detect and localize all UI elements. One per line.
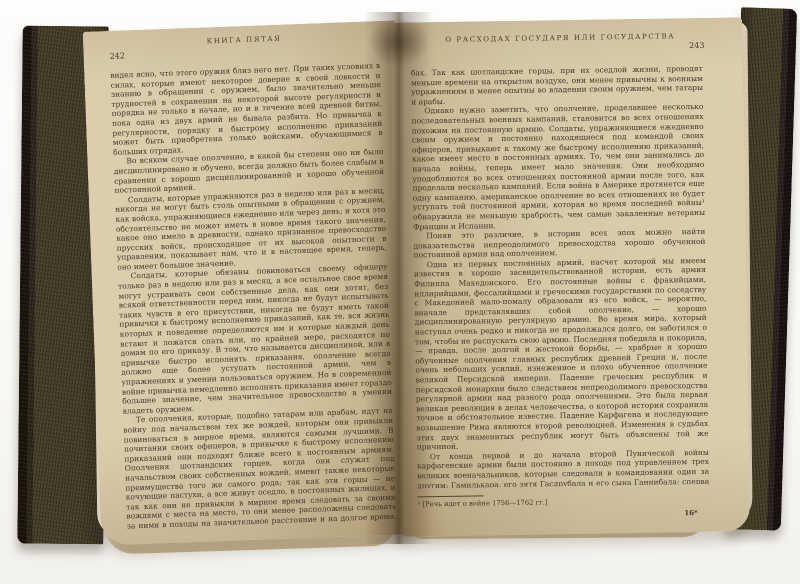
left-page-number: 242	[109, 51, 125, 61]
footnote-block: ¹ [Речь идет о войне 1756—1762 гг.]	[417, 492, 709, 509]
signature-mark: 16*	[684, 508, 698, 517]
paragraph: Поняв это различие, в истории всех эпох …	[413, 227, 705, 260]
left-page-text: видел ясно, что этого оружия близ него н…	[110, 61, 397, 533]
footnote-rule	[417, 495, 483, 497]
paragraph: Однако нужно заметить, что ополчение, пр…	[411, 102, 705, 231]
right-page-text: бах. Так как шотландские горцы, при их о…	[411, 64, 710, 489]
paragraph: Те ополчения, которые, подобно татарам и…	[123, 406, 397, 532]
paragraph: видел ясно, что этого оружия близ него н…	[110, 61, 383, 157]
paragraph: Солдаты, которые обязаны повиноваться св…	[118, 262, 393, 416]
left-page: КНИГА ПЯТАЯ 242 видел ясно, что этого ор…	[83, 20, 414, 545]
photo-background: КНИГА ПЯТАЯ 242 видел ясно, что этого ор…	[0, 0, 800, 584]
footnote-text: ¹ [Речь идет о войне 1756—1762 гг.]	[417, 498, 547, 508]
right-running-head: О РАСХОДАХ ГОСУДАРЯ ИЛИ ГОСУДАРСТВА	[410, 32, 710, 45]
paragraph: бах. Так как шотландские горцы, при их о…	[411, 64, 704, 107]
paragraph: Солдаты, которые упражняются раз в недел…	[115, 186, 388, 273]
left-running-head: КНИГА ПЯТАЯ	[109, 31, 379, 49]
paragraph: От конца первой и до начала второй Пунич…	[417, 448, 710, 489]
right-page-number: 243	[689, 41, 704, 50]
paragraph: Одна из первых постоянных армий, насчет …	[414, 256, 709, 452]
right-page: О РАСХОДАХ ГОСУДАРЯ ИЛИ ГОСУДАРСТВА 243 …	[390, 17, 750, 536]
